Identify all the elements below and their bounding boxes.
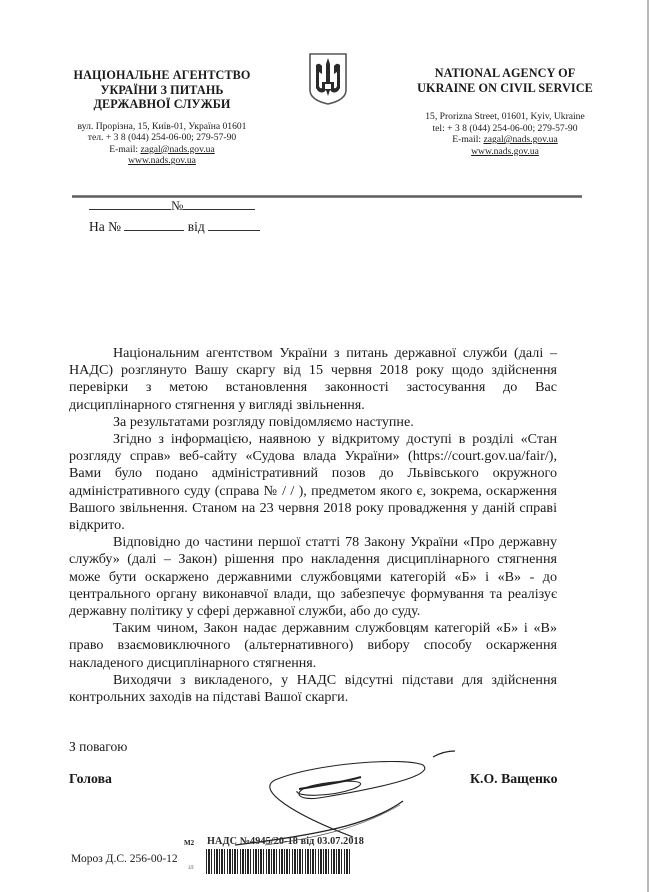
outgoing-number-line: № [89, 197, 255, 214]
signer-title: Голова [69, 771, 112, 787]
body-paragraph: За результатами розгляду повідомляємо на… [69, 414, 557, 431]
org-name-ua-line1: НАЦІОНАЛЬНЕ АГЕНТСТВО [52, 68, 272, 83]
body-paragraph: Згідно з інформацією, наявною у відкрито… [69, 431, 557, 534]
body-paragraph: Виходячи з викладеного, у НАДС відсутні … [69, 672, 557, 706]
email-label-ua: E-mail: [109, 144, 140, 155]
letter-body: Національним агентством України з питань… [69, 345, 557, 706]
body-paragraph: Таким чином, Закон надає державним служб… [69, 620, 557, 672]
email-link-en[interactable]: zagal@nads.gov.ua [483, 134, 557, 145]
number-sign: № [171, 198, 183, 213]
phone-ua: тел. + 3 8 (044) 254-06-00; 279-57-90 [52, 132, 272, 144]
email-line-en: E-mail: zagal@nads.gov.ua [400, 134, 610, 146]
incoming-number-blank [124, 218, 184, 231]
registration-barcode [206, 849, 351, 874]
letterhead-english: NATIONAL AGENCY OF UKRAINE ON CIVIL SERV… [400, 66, 610, 157]
incoming-number-label: На № [89, 219, 121, 234]
registration-prefix: М2 [184, 839, 194, 847]
outgoing-date-blank [183, 197, 255, 210]
outgoing-number-blank [89, 197, 171, 210]
org-name-ua-line2: УКРАЇНИ З ПИТАНЬ [52, 83, 272, 98]
address-ua: вул. Прорізна, 15, Київ-01, Україна 0160… [52, 121, 272, 133]
incoming-number-line: На № від [89, 218, 260, 235]
tryzub-coat-of-arms-icon [308, 52, 348, 106]
executor-contact: Мороз Д.С. 256-00-12 [71, 853, 178, 865]
org-name-ua-line3: ДЕРЖАВНОЇ СЛУЖБИ [52, 97, 272, 112]
phone-en: tel: + 3 8 (044) 254-06-00; 279-57-90 [400, 123, 610, 135]
body-paragraph: Відповідно до частини першої статті 78 З… [69, 534, 557, 620]
contacts-en: 15, Prorizna Street, 01601, Kyiv, Ukrain… [400, 111, 610, 157]
page-edge [647, 0, 649, 892]
closing-regards: З повагою [69, 739, 127, 755]
email-link-ua[interactable]: zagal@nads.gov.ua [140, 144, 214, 155]
org-name-ua: НАЦІОНАЛЬНЕ АГЕНТСТВО УКРАЇНИ З ПИТАНЬ Д… [52, 68, 272, 112]
org-name-en-line2: UKRAINE ON CIVIL SERVICE [400, 81, 610, 96]
contacts-ua: вул. Прорізна, 15, Київ-01, Україна 0160… [52, 121, 272, 167]
signer-name: К.О. Ващенко [470, 771, 558, 787]
incoming-date-label: від [188, 219, 205, 234]
body-paragraph: Національним агентством України з питань… [69, 345, 557, 414]
website-link-en[interactable]: www.nads.gov.ua [400, 146, 610, 158]
org-name-en: NATIONAL AGENCY OF UKRAINE ON CIVIL SERV… [400, 66, 610, 95]
website-link-ua[interactable]: www.nads.gov.ua [52, 155, 272, 167]
address-en: 15, Prorizna Street, 01601, Kyiv, Ukrain… [400, 111, 610, 123]
email-line-ua: E-mail: zagal@nads.gov.ua [52, 144, 272, 156]
barcode-side-mark: ЗЛ [188, 866, 194, 871]
email-label-en: E-mail: [452, 134, 483, 145]
letterhead-ukrainian: НАЦІОНАЛЬНЕ АГЕНТСТВО УКРАЇНИ З ПИТАНЬ Д… [52, 68, 272, 167]
org-name-en-line1: NATIONAL AGENCY OF [400, 66, 610, 81]
incoming-date-blank [208, 218, 260, 231]
registration-stamp: НАДС №4945/20-18 від 03.07.2018 [207, 836, 364, 847]
